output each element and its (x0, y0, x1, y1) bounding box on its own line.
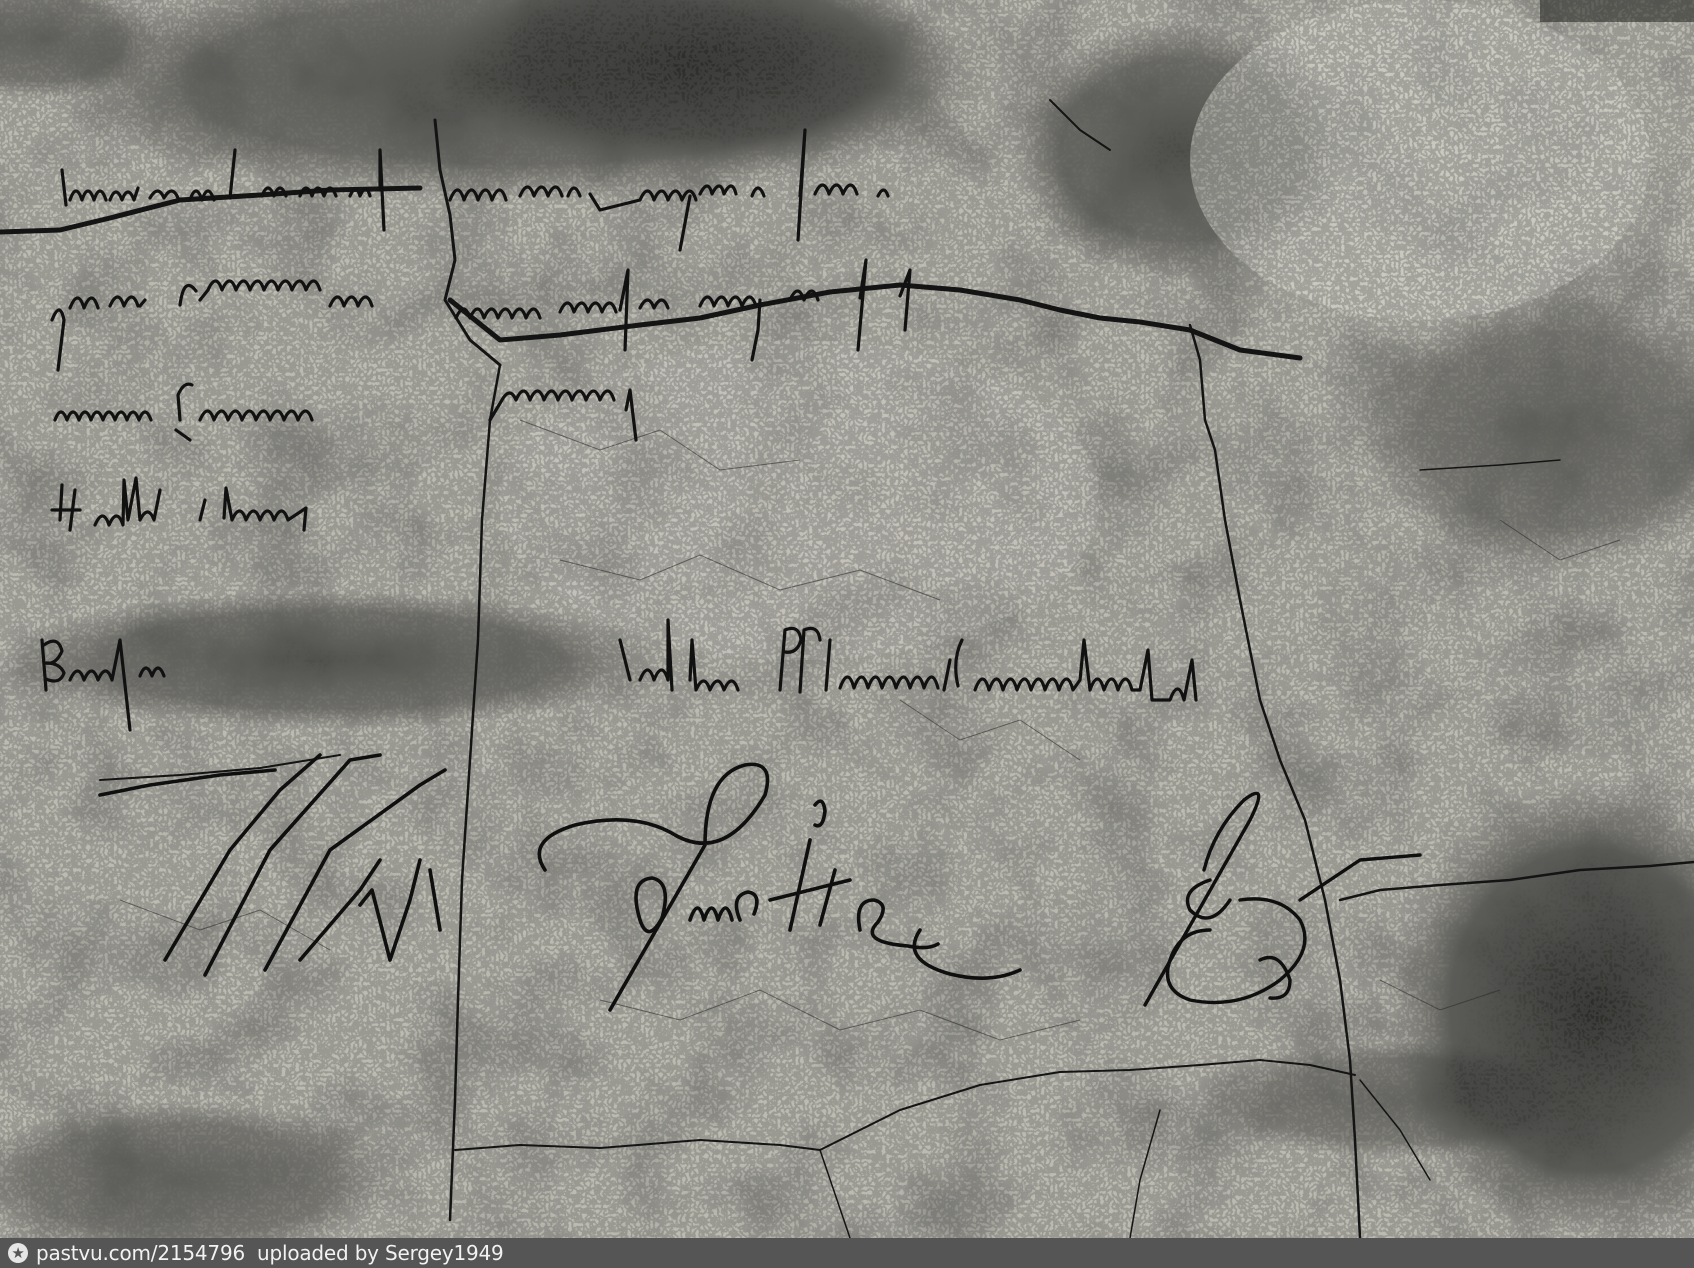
source-link[interactable]: pastvu.com/2154796 (36, 1241, 245, 1265)
wall-inscription-photo (0, 0, 1694, 1238)
star-circle-icon: ★ (8, 1243, 28, 1263)
caption-bar: ★ pastvu.com/2154796 uploaded by Sergey1… (0, 1238, 1694, 1268)
uploader-credit: uploaded by Sergey1949 (257, 1241, 504, 1265)
photo-scene (0, 0, 1694, 1238)
